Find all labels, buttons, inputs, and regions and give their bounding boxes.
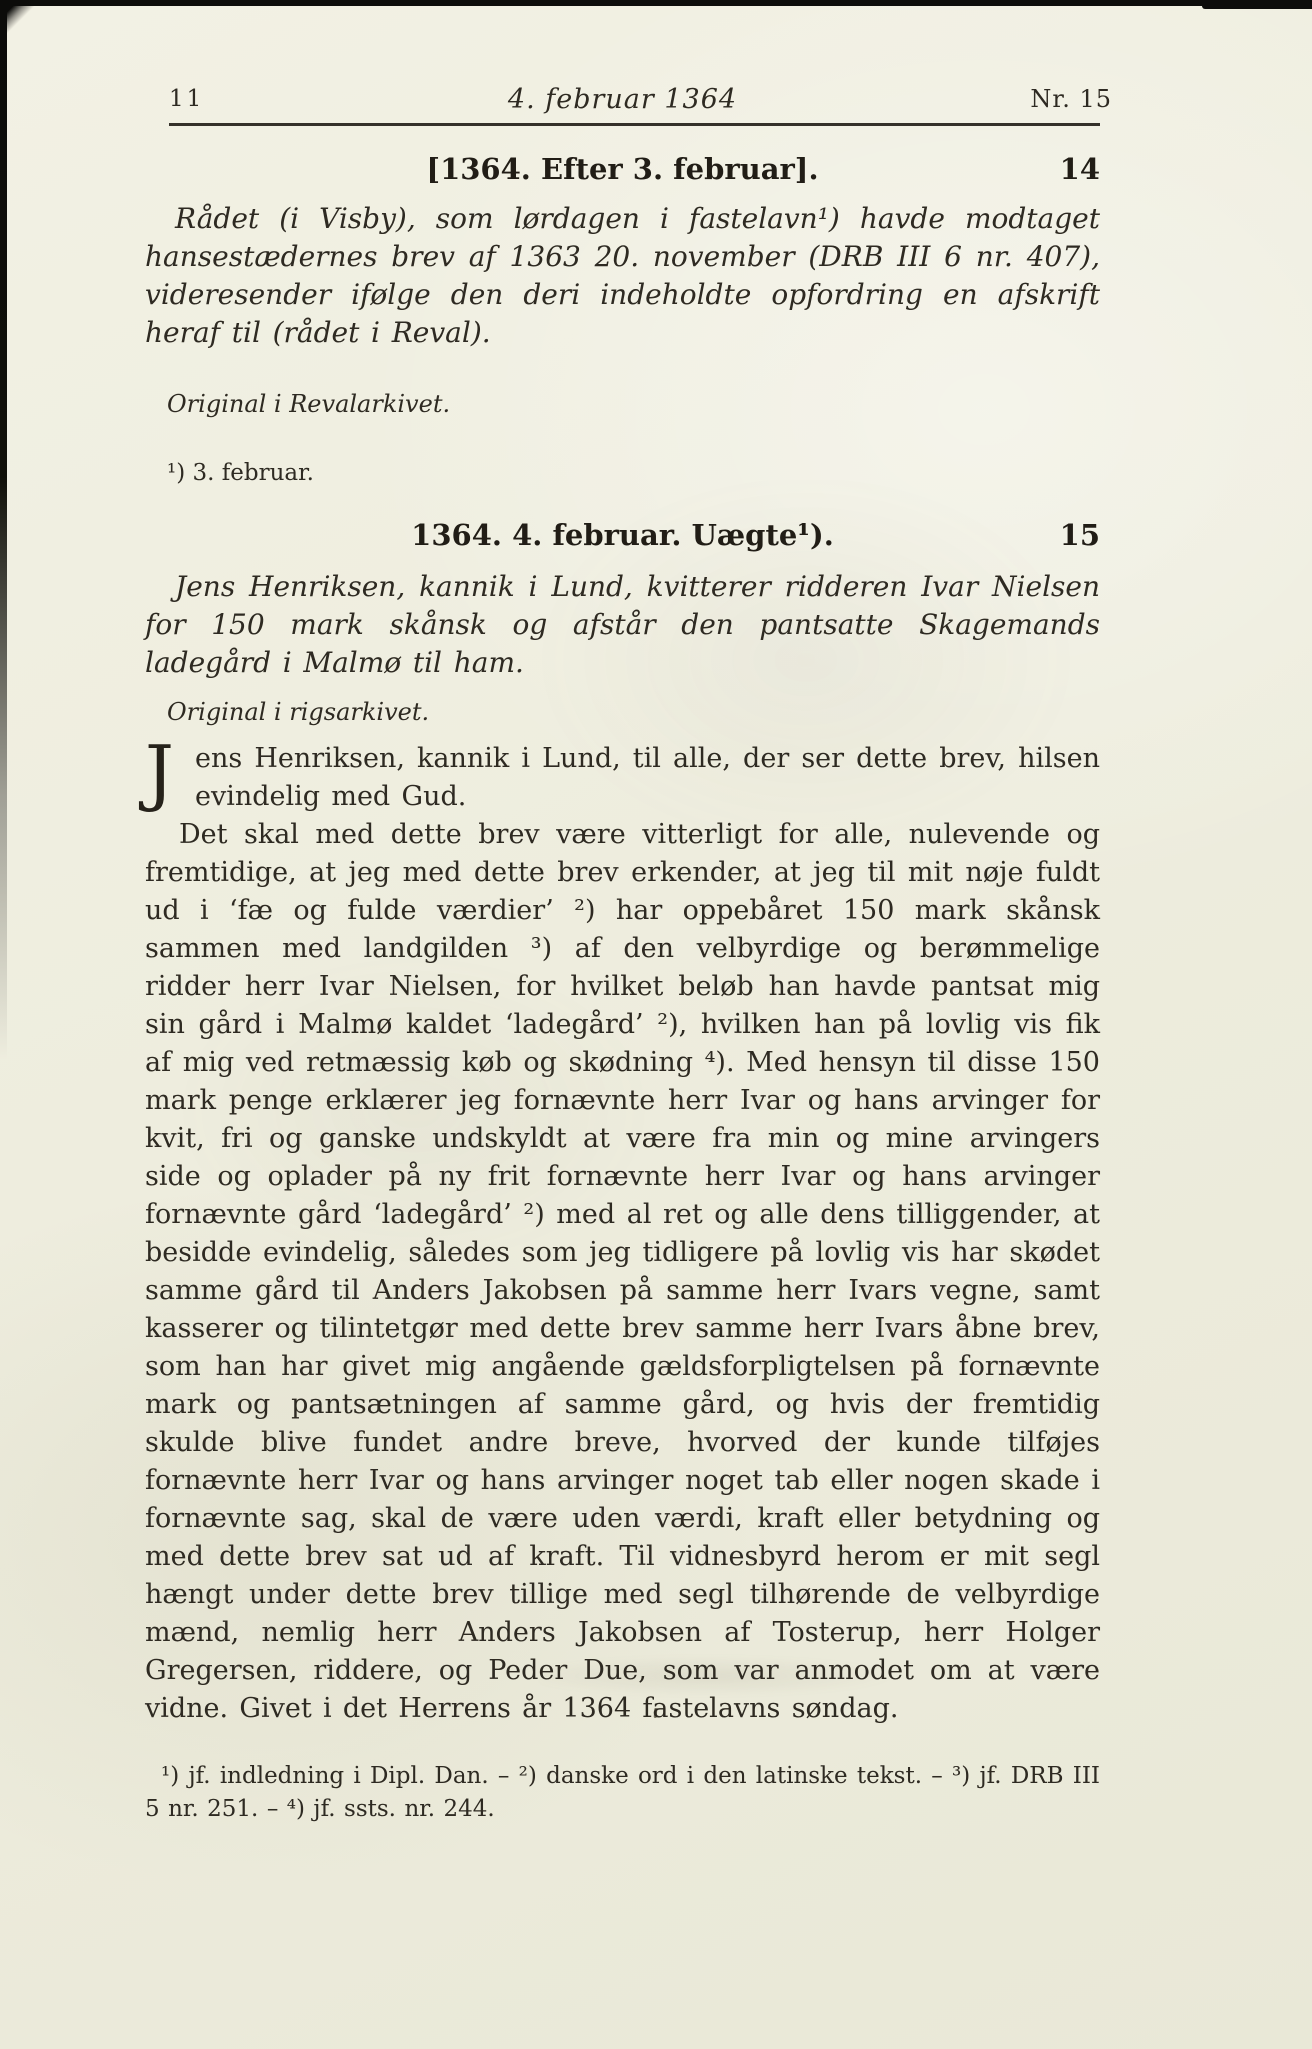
entry-14-footnote: ¹) 3. februar. (167, 460, 1100, 486)
entry-14-number: 14 (1060, 152, 1100, 186)
opening-text: ens Henriksen, kannik i Lund, til alle, … (195, 743, 1100, 812)
entry-15-heading: 1364. 4. februar. Uægte¹). 15 (145, 518, 1100, 552)
drop-cap-initial: J (145, 743, 191, 815)
entry-14-heading: [1364. Efter 3. februar]. 14 (145, 152, 1100, 186)
entry-15-body-text: Det skal med dette brev være vitterligt … (145, 816, 1100, 1728)
running-title: 4. februar 1364 (145, 84, 1100, 115)
scan-edge-left (0, 0, 7, 1060)
entry-15-provenance: Original i rigsarkivet. (167, 698, 1100, 726)
scan-edge-top-right (1202, 0, 1312, 9)
entry-15-footnotes: ¹) jf. indledning i Dipl. Dan. – ²) dans… (145, 1760, 1100, 1826)
scanned-book-page: 11 4. februar 1364 Nr. 15 [1364. Efter 3… (0, 0, 1312, 2049)
entry-14-title: [1364. Efter 3. februar]. (426, 152, 818, 186)
entry-15-number: 15 (1060, 518, 1100, 552)
entry-15-summary: Jens Henriksen, kannik i Lund, kvitterer… (145, 568, 1100, 682)
entry-15-body-opening: Jens Henriksen, kannik i Lund, til alle,… (145, 740, 1100, 816)
header-entry-number: Nr. 15 (1030, 85, 1112, 113)
entry-14-summary: Rådet (i Visby), som lørdagen i fastelav… (145, 200, 1100, 352)
header-rule (169, 123, 1100, 126)
entry-14-provenance: Original i Revalarkivet. (167, 390, 1100, 418)
page-content: 11 4. februar 1364 Nr. 15 [1364. Efter 3… (145, 0, 1100, 1826)
entry-15-title: 1364. 4. februar. Uægte¹). (411, 518, 834, 552)
running-header: 11 4. februar 1364 Nr. 15 (145, 84, 1100, 114)
scan-corner-top-left (0, 0, 34, 34)
